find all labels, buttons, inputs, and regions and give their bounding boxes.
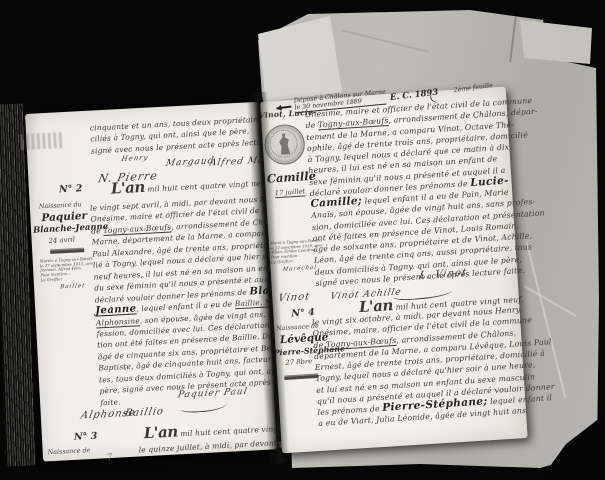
- act-type-label: Naissance de: [48, 447, 91, 456]
- witness-signature: Margaud: [165, 156, 215, 169]
- mention-signature: Baillet: [60, 283, 86, 290]
- act-date: 24 avril: [48, 236, 75, 245]
- witness-signature: Vinot: [277, 291, 311, 304]
- signature-flourish: [180, 400, 227, 413]
- margin-divider-rule: [50, 249, 84, 253]
- right-register-page: Déposé à Châlons sur Marne le 30 novembr…: [260, 87, 528, 454]
- act-number: N° 2: [59, 183, 83, 195]
- flourish-capital: L'an: [143, 422, 178, 442]
- birth-act-body: Onésime, maire et officier de l'état civ…: [305, 95, 549, 289]
- marriage-mention-note: Mariée à Togny-aux-Bœufs,le 27 septembre…: [40, 257, 96, 283]
- mention-signature: Maréchal: [282, 265, 318, 273]
- left-register-page: cinquante et un ans, tous deux propriéta…: [25, 102, 277, 462]
- child-surname: Paquier: [41, 210, 87, 224]
- act-type-label: Naissance du: [39, 201, 82, 210]
- scanned-register-spread: cinquante et un ans, tous deux propriéta…: [0, 0, 605, 480]
- witness-signature: Baillio: [124, 406, 165, 419]
- birth-act-body: le vingt six octobre, à midi, par devant…: [312, 302, 557, 429]
- flourish-capital: L'an: [111, 178, 146, 198]
- act-date: 27 8bre: [285, 357, 312, 367]
- act-date: 17 juillet: [275, 187, 306, 197]
- act-number: N° 3: [74, 431, 98, 443]
- officer-signature: Henry: [121, 154, 150, 164]
- margin-divider-rule: [284, 375, 318, 380]
- frame-number-mark: 7: [106, 453, 113, 464]
- ink-bleedthrough-smudge: [20, 132, 63, 150]
